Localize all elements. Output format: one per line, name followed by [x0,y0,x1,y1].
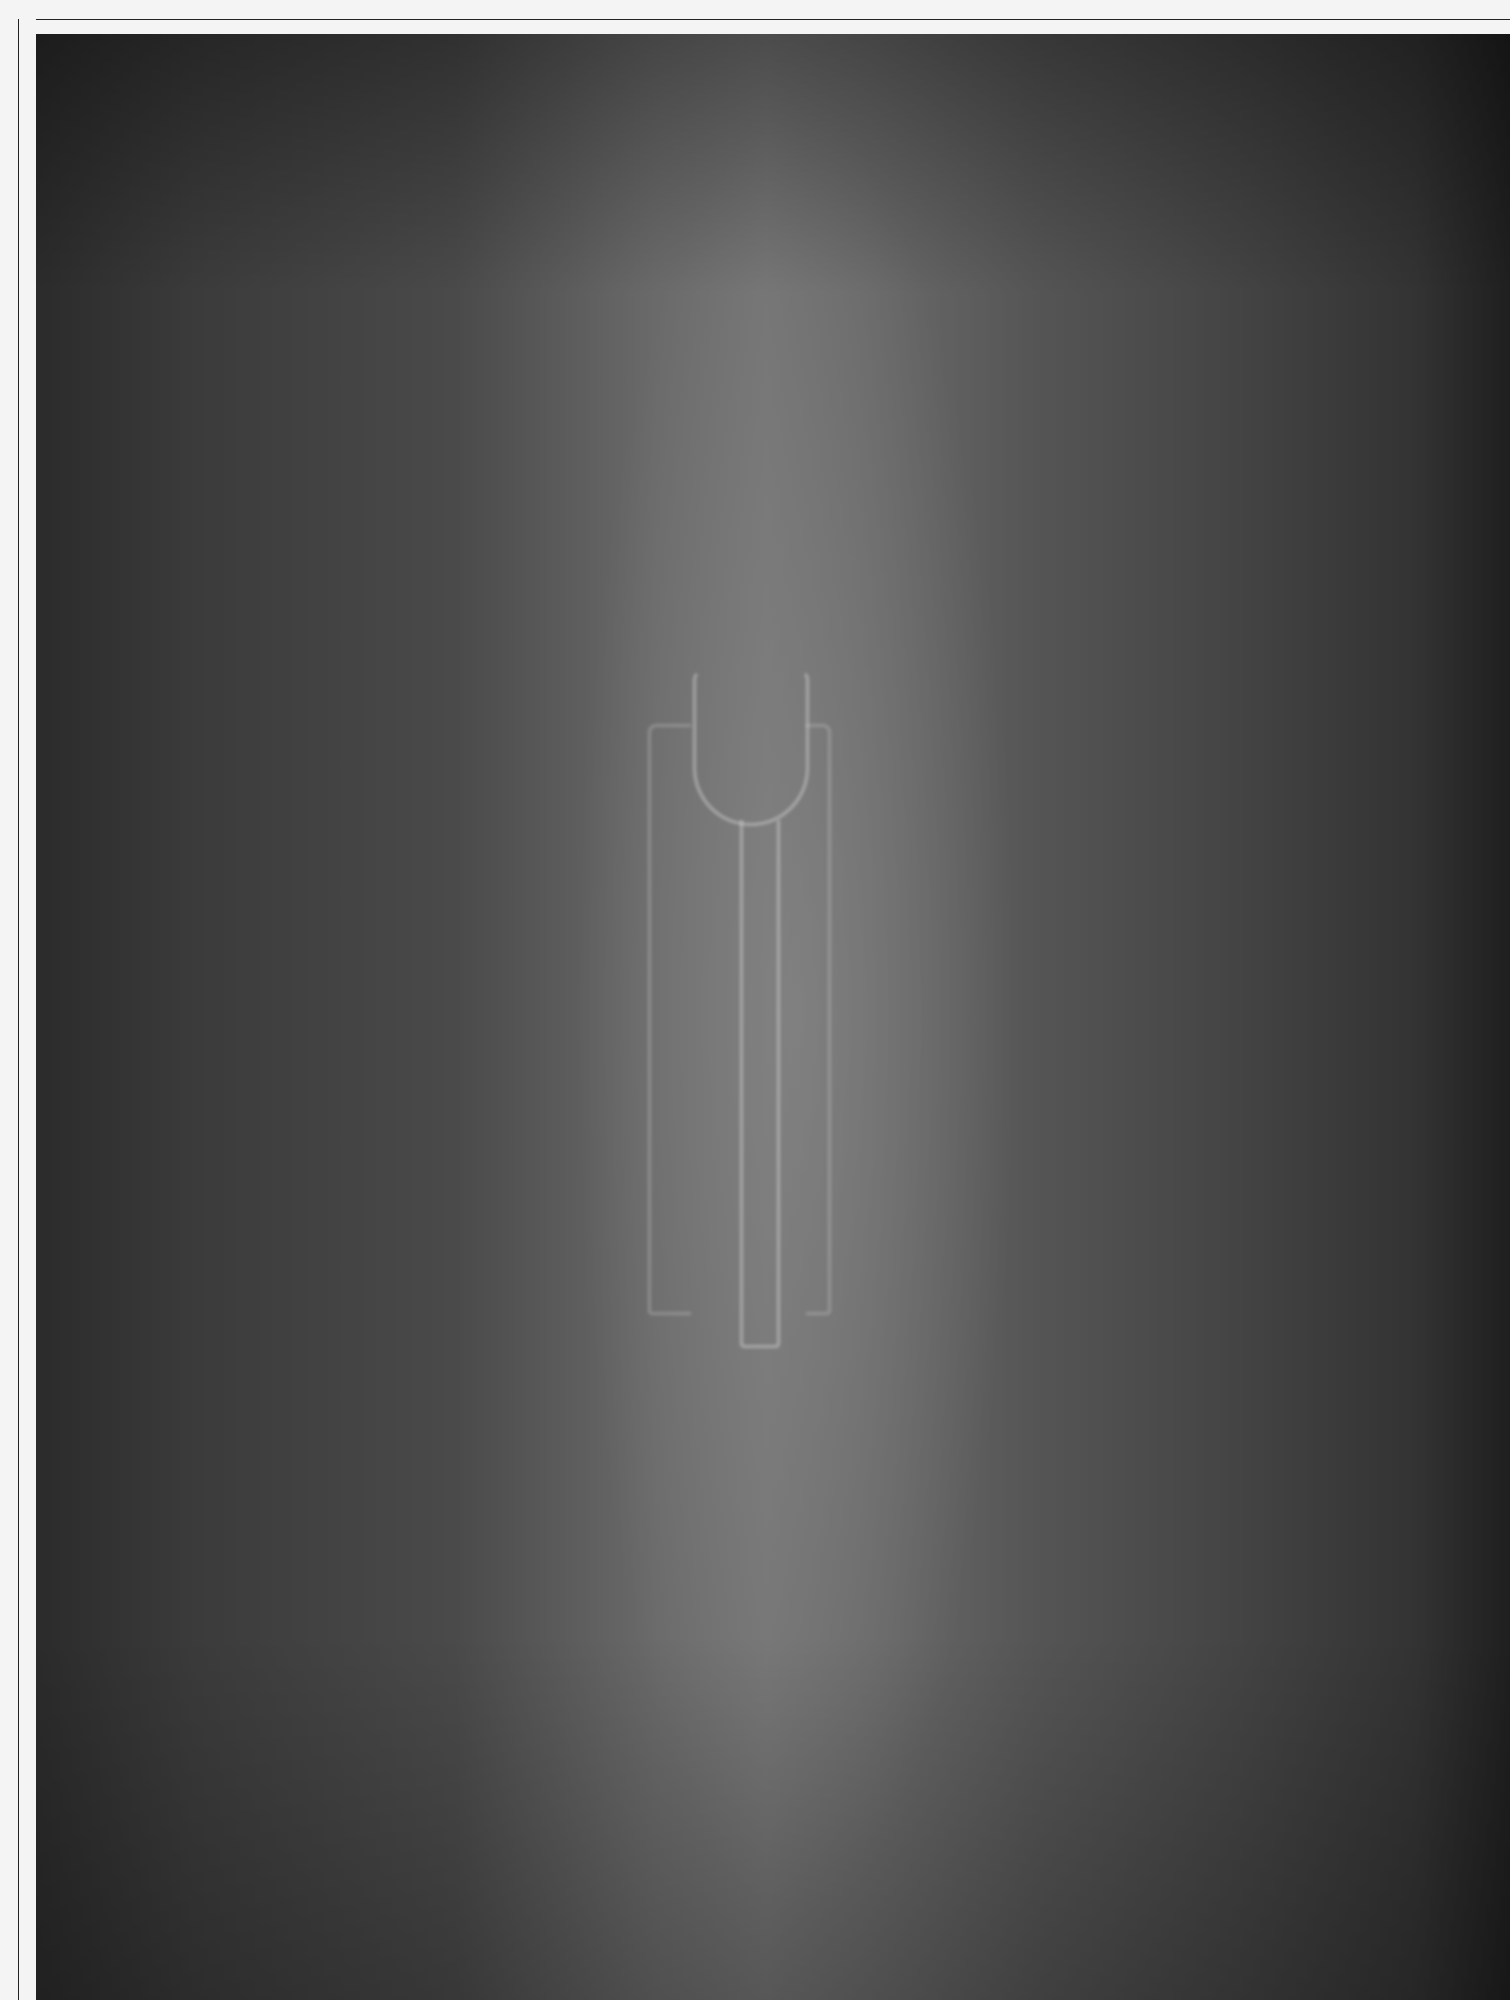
ruler-left [0,0,36,2000]
manuscript-scan [36,34,1510,2000]
ruler-top [0,0,1510,34]
vignette [36,34,1510,2000]
